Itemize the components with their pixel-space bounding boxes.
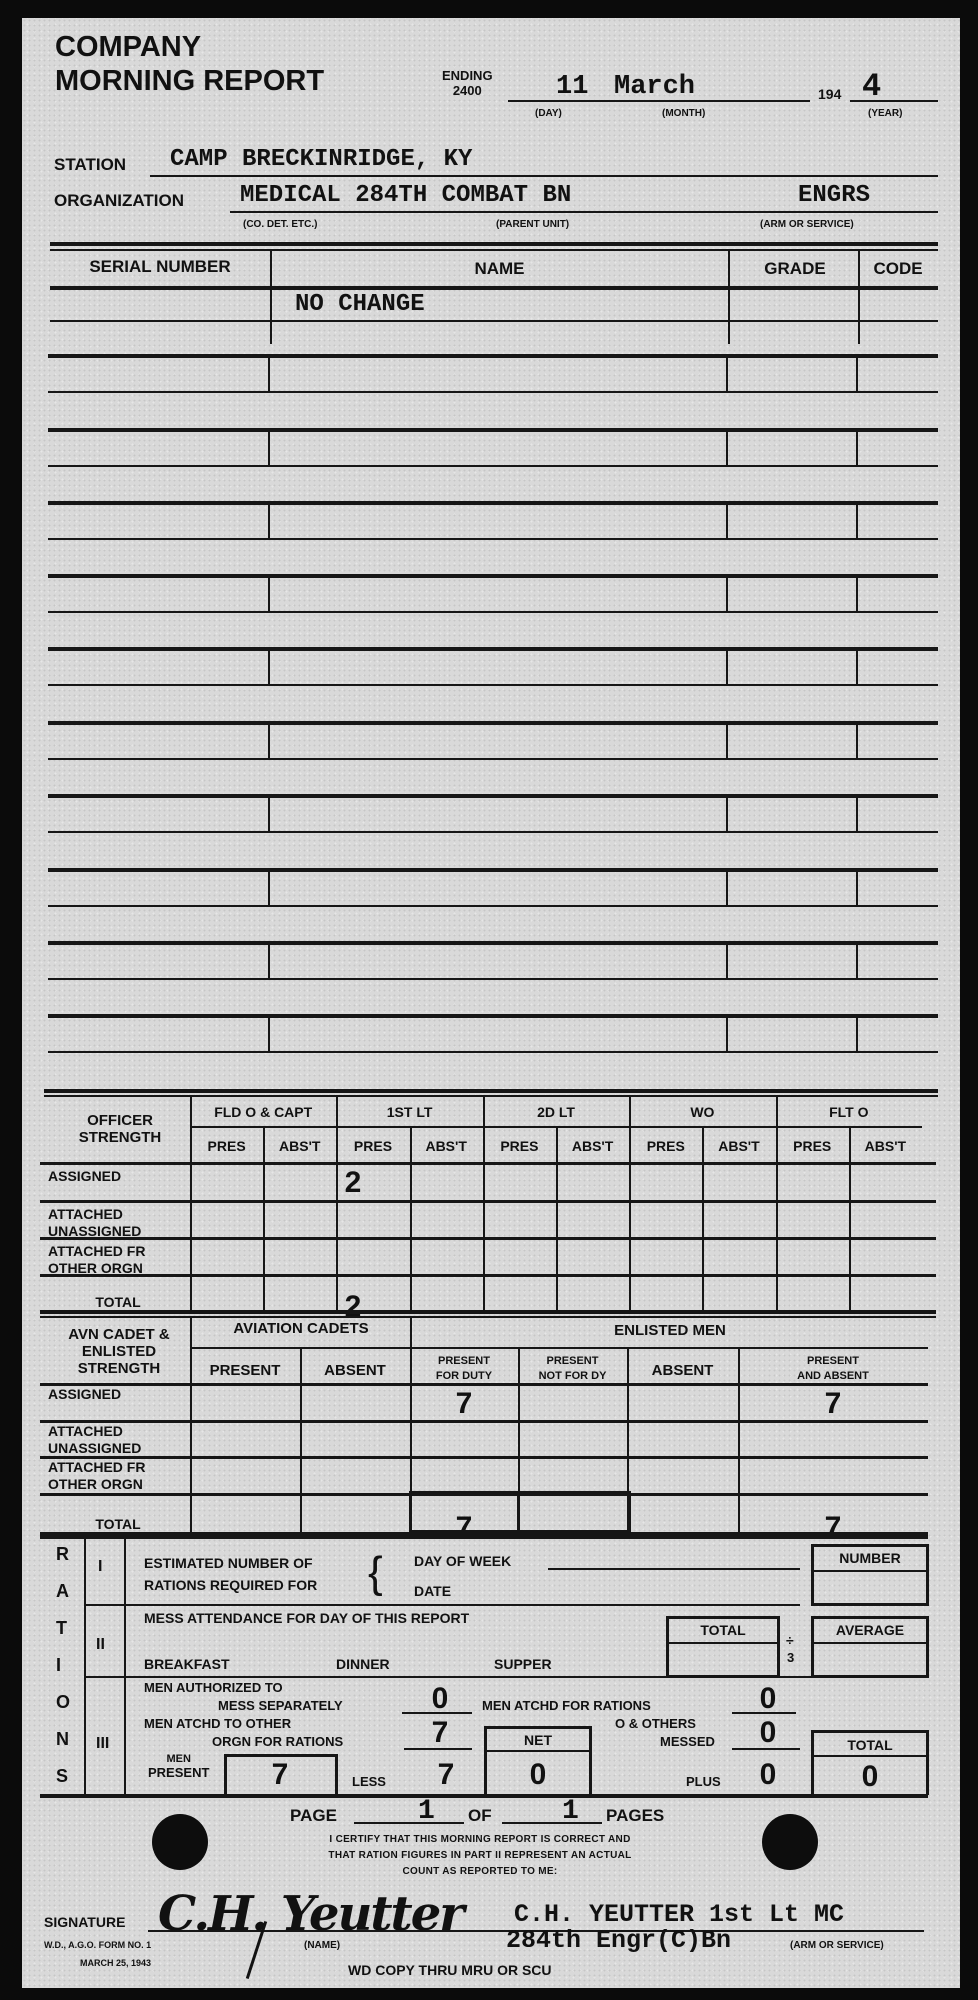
part-1-label-1: ESTIMATED NUMBER OF [144, 1552, 317, 1574]
enlisted-cell-value: 7 [738, 1387, 928, 1421]
officer-group-header: FLD O & CAPT [190, 1104, 336, 1120]
row-line [48, 1051, 938, 1053]
day-of-week-label: DAY OF WEEK [414, 1553, 511, 1569]
officer-group-header: FLT O [776, 1104, 922, 1120]
officer-strength-title: OFFICER STRENGTH [52, 1112, 188, 1146]
officer-top-border-inner [44, 1095, 938, 1097]
divider [502, 1822, 602, 1824]
title-line-2: MORNING REPORT [55, 64, 324, 98]
average-label: AVERAGE [814, 1622, 926, 1638]
divide-icon: ÷ [786, 1632, 794, 1648]
atchd-other-label-1: MEN ATCHD TO OTHER [144, 1716, 291, 1731]
part-1-label: ESTIMATED NUMBER OF RATIONS REQUIRED FOR [144, 1552, 317, 1596]
divider [40, 1237, 936, 1240]
year-digit: 4 [862, 68, 881, 105]
divider [858, 251, 860, 286]
total-rations-label: TOTAL [814, 1737, 926, 1753]
header-name: NAME [272, 259, 727, 279]
roster-row[interactable] [50, 432, 936, 465]
roster-row[interactable] [50, 798, 936, 831]
enlisted-strength-title: AVN CADET & ENLISTED STRENGTH [50, 1326, 188, 1377]
name-caption: (NAME) [304, 1940, 340, 1951]
men-present-label: MEN PRESENT [148, 1752, 209, 1780]
officer-subheader: PRES [776, 1138, 849, 1154]
enlisted-row-label: ASSIGNED [48, 1386, 188, 1403]
title-line-1: COMPANY [55, 30, 324, 64]
certify-line-1: I CERTIFY THAT THIS MORNING REPORT IS CO… [250, 1832, 710, 1848]
divider [487, 1750, 589, 1752]
organization-label: ORGANIZATION [54, 191, 184, 211]
total-label: TOTAL [669, 1622, 777, 1638]
supper-label: SUPPER [494, 1656, 552, 1672]
row-line [48, 905, 938, 907]
arm-value: ENGRS [798, 182, 870, 209]
enlisted-row-label: TOTAL [48, 1516, 188, 1533]
officer-group-header: 1ST LT [336, 1104, 482, 1120]
roster-row[interactable] [50, 872, 936, 905]
roster-row[interactable] [50, 1018, 936, 1051]
officer-row-label: ATTACHED FR OTHER ORGN [48, 1243, 188, 1277]
header-grade: GRADE [730, 259, 860, 279]
plus-value: 0 [752, 1758, 784, 1792]
divider [483, 1275, 485, 1311]
typed-unit: 284th Engr(C)Bn [506, 1926, 731, 1955]
less-label: LESS [352, 1774, 386, 1789]
officer-subheader: ABS'T [556, 1138, 629, 1154]
side-letter: N [56, 1729, 69, 1750]
divide-by: 3 [787, 1650, 794, 1665]
month-caption: (MONTH) [662, 108, 705, 119]
row-line [48, 611, 938, 613]
enlisted-header: PRESENTAND ABSENT [738, 1354, 928, 1384]
arm-caption: (ARM OR SERVICE) [760, 219, 854, 230]
divider [814, 1755, 926, 1757]
date-label: DATE [414, 1583, 451, 1599]
punch-hole-right [762, 1814, 818, 1870]
divider [814, 1642, 926, 1644]
divider [776, 1097, 778, 1275]
side-letter: O [56, 1692, 70, 1713]
atchd-other-value: 7 [420, 1716, 460, 1750]
enlisted-header: ABSENT [627, 1362, 738, 1379]
part-3-numeral: III [96, 1735, 109, 1753]
roster-header-border [50, 286, 938, 290]
dinner-label: DINNER [336, 1656, 390, 1672]
divider [336, 1275, 338, 1311]
divider [410, 1275, 412, 1311]
roster-row[interactable] [50, 358, 936, 391]
typed-name: C.H. YEUTTER 1st Lt MC [514, 1900, 844, 1929]
enlisted-header: PRESENTFOR DUTY [410, 1354, 518, 1384]
net-value: 0 [487, 1758, 589, 1792]
divider [629, 1097, 631, 1275]
officer-top-border [44, 1089, 938, 1093]
divider [556, 1275, 558, 1311]
side-letter: R [56, 1544, 69, 1565]
officer-subheader: PRES [190, 1138, 263, 1154]
header-serial-number: SERIAL NUMBER [55, 257, 265, 277]
atchd-for-rations-label: MEN ATCHD FOR RATIONS [482, 1698, 651, 1713]
divider [190, 1347, 928, 1349]
officer-subheader: ABS'T [263, 1138, 336, 1154]
divider [629, 1275, 631, 1311]
roster-name-cell: NO CHANGE [295, 291, 425, 318]
organization-line [230, 211, 938, 213]
punch-hole-left [152, 1814, 208, 1870]
authorized-label-1: MEN AUTHORIZED TO [144, 1680, 283, 1695]
row-line [48, 978, 938, 980]
enlisted-header: ABSENT [300, 1362, 410, 1379]
row-line [50, 320, 938, 322]
officer-cell-value: 2 [336, 1166, 369, 1200]
divider [190, 1275, 192, 1311]
side-letter: T [56, 1618, 67, 1639]
roster-row[interactable] [50, 578, 936, 611]
arm-service-caption: (ARM OR SERVICE) [790, 1940, 884, 1951]
divider [40, 1200, 936, 1203]
divider [270, 288, 272, 344]
divider [728, 251, 730, 286]
brace-icon: { [368, 1548, 383, 1598]
row-line [48, 831, 938, 833]
officer-subheader: ABS'T [702, 1138, 775, 1154]
day-value: 11 [556, 72, 588, 102]
officer-group-header: WO [629, 1104, 775, 1120]
enlisted-header: PRESENTNOT FOR DY [518, 1354, 627, 1384]
atchd-for-rations-value: 0 [752, 1682, 784, 1716]
row-line [48, 465, 938, 467]
others-value: 0 [752, 1716, 784, 1750]
year-caption: (YEAR) [868, 108, 902, 119]
station-value: CAMP BRECKINRIDGE, KY [170, 146, 472, 173]
copy-note: WD COPY THRU MRU OR SCU [348, 1962, 552, 1978]
day-of-week-line[interactable] [548, 1568, 800, 1570]
divider [354, 1822, 464, 1824]
form-title: COMPANY MORNING REPORT [55, 30, 324, 98]
certification-text: I CERTIFY THAT THIS MORNING REPORT IS CO… [250, 1832, 710, 1880]
breakfast-label: BREAKFAST [144, 1656, 230, 1672]
page-value: 1 [418, 1796, 435, 1827]
roster-row[interactable] [50, 505, 936, 538]
row-line [48, 758, 938, 760]
net-label: NET [487, 1732, 589, 1748]
enlisted-row-label: ATTACHED FR OTHER ORGN [48, 1459, 188, 1493]
row-line [48, 684, 938, 686]
divider [40, 1274, 936, 1277]
month-value: March [614, 72, 695, 102]
total-rations-value: 0 [814, 1760, 926, 1794]
mess-attendance-label: MESS ATTENDANCE FOR DAY OF THIS REPORT [144, 1610, 469, 1626]
divider [263, 1275, 265, 1311]
divider [849, 1275, 851, 1311]
divider [776, 1275, 778, 1311]
certify-line-3: COUNT AS REPORTED TO ME: [250, 1864, 710, 1880]
divider [669, 1642, 777, 1644]
divider [40, 1162, 936, 1165]
side-letter: A [56, 1581, 69, 1602]
divider [814, 1570, 926, 1572]
station-line [150, 175, 938, 177]
enlisted-header: PRESENT [190, 1362, 300, 1379]
row-line [48, 538, 938, 540]
ending-label: ENDING 2400 [442, 68, 493, 98]
roster-top-border [50, 242, 938, 246]
officer-subheader: PRES [336, 1138, 409, 1154]
pages-value: 1 [562, 1796, 579, 1827]
divider [190, 1097, 192, 1275]
form-date: MARCH 25, 1943 [80, 1958, 151, 1968]
total-present-not-duty-box [517, 1491, 631, 1533]
officer-subheader: ABS'T [410, 1138, 483, 1154]
organization-value: MEDICAL 284TH COMBAT BN [240, 182, 571, 209]
men-present-value: 7 [240, 1758, 320, 1792]
rations-top-border [40, 1536, 928, 1539]
officer-row-label: ATTACHED UNASSIGNED [48, 1206, 188, 1240]
officer-subheader: PRES [629, 1138, 702, 1154]
others-label-2: MESSED [660, 1734, 715, 1749]
co-caption: (CO. DET. ETC.) [243, 219, 317, 230]
total-present-duty-box [409, 1491, 520, 1533]
men-present-label-1: MEN [148, 1752, 209, 1766]
part-1-numeral: I [98, 1558, 102, 1576]
of-label: OF [468, 1806, 492, 1826]
number-label: NUMBER [814, 1550, 926, 1566]
handwritten-signature: C.H. Yeutter [158, 1886, 463, 1942]
enlisted-cell-value: 7 [410, 1387, 518, 1421]
certify-line-2: THAT RATION FIGURES IN PART II REPRESENT… [250, 1848, 710, 1864]
enlisted-cell-value: 7 [738, 1511, 928, 1545]
officer-subheader: PRES [483, 1138, 556, 1154]
signature-label: SIGNATURE [44, 1914, 125, 1930]
parent-caption: (PARENT UNIT) [496, 219, 569, 230]
station-label: STATION [54, 155, 126, 175]
part-2-numeral: II [96, 1636, 105, 1654]
officer-group-header: 2D LT [483, 1104, 629, 1120]
divider [702, 1275, 704, 1311]
divider [190, 1318, 192, 1533]
authorized-value: 0 [420, 1682, 460, 1716]
roster-row[interactable] [50, 651, 936, 684]
less-value: 7 [430, 1758, 462, 1792]
roster-row[interactable] [50, 945, 936, 978]
divider [84, 1538, 86, 1796]
divider [858, 288, 860, 344]
officer-subheader: ABS'T [849, 1138, 922, 1154]
divider [84, 1604, 800, 1606]
men-present-label-2: PRESENT [148, 1766, 209, 1780]
divider [270, 251, 272, 286]
divider [124, 1538, 126, 1796]
day-caption: (DAY) [535, 108, 562, 119]
officer-row-label: TOTAL [48, 1294, 188, 1311]
divider [728, 288, 730, 344]
aviation-cadets-header: AVIATION CADETS [192, 1320, 410, 1337]
side-letter: I [56, 1655, 61, 1676]
enlisted-men-header: ENLISTED MEN [412, 1322, 928, 1339]
form-number: W.D., A.G.O. FORM NO. 1 [44, 1940, 151, 1950]
divider [483, 1097, 485, 1275]
pages-label: PAGES [606, 1806, 664, 1826]
ending-label-1: ENDING [442, 68, 493, 83]
officer-row-label: ASSIGNED [48, 1168, 188, 1185]
part-1-label-2: RATIONS REQUIRED FOR [144, 1574, 317, 1596]
year-prefix: 194 [818, 86, 841, 102]
officer-bottom-border [40, 1310, 936, 1314]
officer-cell-value: 2 [336, 1290, 369, 1324]
atchd-other-label-2: ORGN FOR RATIONS [212, 1734, 343, 1749]
roster-top-border-inner [50, 249, 938, 251]
officer-bottom-border-inner [40, 1316, 936, 1318]
enlisted-row-label: ATTACHED UNASSIGNED [48, 1423, 188, 1457]
row-line [48, 391, 938, 393]
header-code: CODE [860, 259, 936, 279]
others-label-1: O & OTHERS [615, 1716, 696, 1731]
ending-label-2: 2400 [442, 83, 493, 98]
authorized-label-2: MESS SEPARATELY [218, 1698, 343, 1713]
divider [84, 1676, 928, 1678]
page-label: PAGE [290, 1806, 337, 1826]
side-letter: S [56, 1766, 68, 1787]
roster-row[interactable] [50, 725, 936, 758]
plus-label: PLUS [686, 1774, 721, 1789]
